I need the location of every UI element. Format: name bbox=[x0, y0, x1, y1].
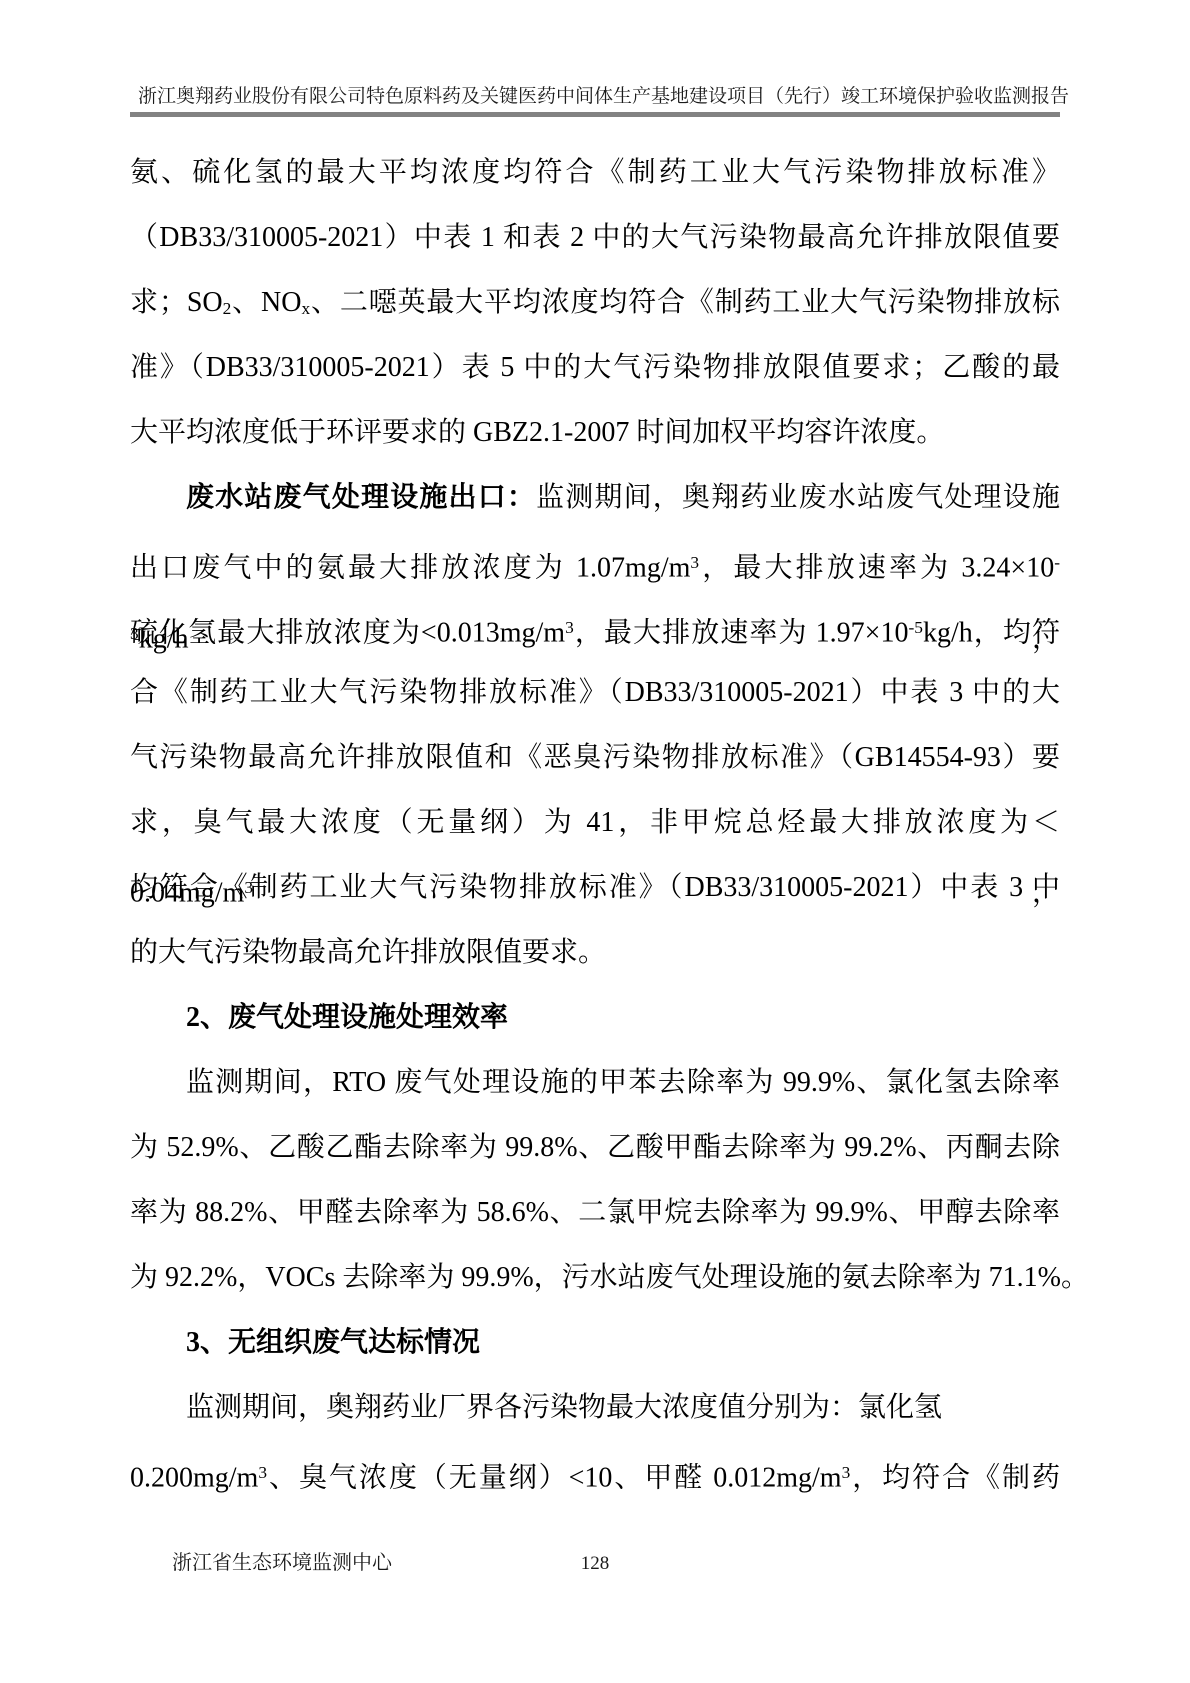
text-segment: 为 92.2%，VOCs 去除率为 99.9%，污水站废气处理设施的氨去除率为 … bbox=[130, 1262, 1089, 1293]
text-segment: 准》（DB33/310005-2021）表 5 中的大气污染物排放限值要求；乙酸… bbox=[130, 352, 1060, 383]
text-line: 的大气污染物最高允许排放限值要求。 bbox=[130, 920, 1060, 985]
text-segment: ，最大排放速率为 1.97×10 bbox=[574, 618, 909, 649]
text-segment: ，最大排放速率为 3.24×10 bbox=[699, 553, 1054, 584]
text-segment: 监测期间，奥翔药业厂界各污染物最大浓度值分别为：氯化氢 bbox=[186, 1392, 942, 1423]
text-line: 气污染物最高允许排放限值和《恶臭污染物排放标准》（GB14554-93）要 bbox=[130, 725, 1060, 790]
page-header-title: 浙江奥翔药业股份有限公司特色原料药及关键医药中间体生产基地建设项目（先行）竣工环… bbox=[138, 84, 1063, 110]
text-line: 出口废气中的氨最大排放浓度为 1.07mg/m3，最大排放速率为 3.24×10… bbox=[130, 530, 1060, 595]
text-segment: 均符合《制药工业大气污染物排放标准》（DB33/310005-2021）中表 3… bbox=[130, 872, 1060, 903]
text-segment: 硫化氢最大排放浓度为<0.013mg/m bbox=[130, 618, 565, 649]
text-segment: 为 52.9%、乙酸乙酯去除率为 99.8%、乙酸甲酯去除率为 99.2%、丙酮… bbox=[130, 1132, 1060, 1163]
text-segment-sup: 3 bbox=[690, 553, 699, 572]
page-number: 128 bbox=[0, 1550, 1190, 1578]
text-segment: 的大气污染物最高允许排放限值要求。 bbox=[130, 937, 606, 968]
text-segment: 监测期间，奥翔药业废水站废气处理设施 bbox=[536, 482, 1060, 513]
text-segment-sup: 3 bbox=[258, 1463, 267, 1482]
text-segment-bold: 废水站废气处理设施出口： bbox=[186, 482, 536, 513]
text-segment: 气污染物最高允许排放限值和《恶臭污染物排放标准》（GB14554-93）要 bbox=[130, 742, 1060, 773]
text-segment: 大平均浓度低于环评要求的 GBZ2.1-2007 时间加权平均容许浓度。 bbox=[130, 417, 944, 448]
text-line: （DB33/310005-2021）中表 1 和表 2 中的大气污染物最高允许排… bbox=[130, 205, 1060, 270]
header-rule bbox=[130, 112, 1060, 117]
document-body: 氨、硫化氢的最大平均浓度均符合《制药工业大气污染物排放标准》（DB33/3100… bbox=[130, 140, 1060, 1505]
text-line: 为 92.2%，VOCs 去除率为 99.9%，污水站废气处理设施的氨去除率为 … bbox=[130, 1245, 1060, 1310]
text-segment: 求；SO bbox=[130, 287, 223, 318]
section-heading: 2、废气处理设施处理效率 bbox=[130, 985, 1060, 1050]
text-line: 监测期间，奥翔药业厂界各污染物最大浓度值分别为：氯化氢 bbox=[130, 1375, 1060, 1440]
text-segment-bold: 3、无组织废气达标情况 bbox=[186, 1327, 480, 1358]
report-page: 浙江奥翔药业股份有限公司特色原料药及关键医药中间体生产基地建设项目（先行）竣工环… bbox=[0, 0, 1190, 1683]
text-line: 求；SO2、NOx、二噁英最大平均浓度均符合《制药工业大气污染物排放标 bbox=[130, 270, 1060, 335]
text-line: 监测期间，RTO 废气处理设施的甲苯去除率为 99.9%、氯化氢去除率 bbox=[130, 1050, 1060, 1115]
text-line: 大平均浓度低于环评要求的 GBZ2.1-2007 时间加权平均容许浓度。 bbox=[130, 400, 1060, 465]
text-segment-sub: x bbox=[301, 299, 310, 318]
text-line: 0.200mg/m3、臭气浓度（无量纲）<10、甲醛 0.012mg/m3，均符… bbox=[130, 1440, 1060, 1505]
text-segment: 0.200mg/m bbox=[130, 1463, 258, 1494]
text-segment: 出口废气中的氨最大排放浓度为 1.07mg/m bbox=[130, 553, 690, 584]
text-segment: 、NO bbox=[231, 287, 301, 318]
text-segment: （DB33/310005-2021）中表 1 和表 2 中的大气污染物最高允许排… bbox=[130, 222, 1060, 253]
text-line: 均符合《制药工业大气污染物排放标准》（DB33/310005-2021）中表 3… bbox=[130, 855, 1060, 920]
text-segment: kg/h，均符 bbox=[923, 618, 1060, 649]
text-segment: 氨、硫化氢的最大平均浓度均符合《制药工业大气污染物排放标准》 bbox=[130, 157, 1060, 188]
text-segment: 合《制药工业大气污染物排放标准》（DB33/310005-2021）中表 3 中… bbox=[130, 677, 1060, 708]
text-line: 氨、硫化氢的最大平均浓度均符合《制药工业大气污染物排放标准》 bbox=[130, 140, 1060, 205]
text-segment: 率为 88.2%、甲醛去除率为 58.6%、二氯甲烷去除率为 99.9%、甲醇去… bbox=[130, 1197, 1060, 1228]
text-segment-sup: 3 bbox=[842, 1463, 851, 1482]
text-line: 合《制药工业大气污染物排放标准》（DB33/310005-2021）中表 3 中… bbox=[130, 660, 1060, 725]
text-line: 准》（DB33/310005-2021）表 5 中的大气污染物排放限值要求；乙酸… bbox=[130, 335, 1060, 400]
text-line: 硫化氢最大排放浓度为<0.013mg/m3，最大排放速率为 1.97×10-5k… bbox=[130, 595, 1060, 660]
text-line: 废水站废气处理设施出口：监测期间，奥翔药业废水站废气处理设施 bbox=[130, 465, 1060, 530]
text-segment-sup: 3 bbox=[565, 618, 574, 637]
text-line: 为 52.9%、乙酸乙酯去除率为 99.8%、乙酸甲酯去除率为 99.2%、丙酮… bbox=[130, 1115, 1060, 1180]
text-segment-sup: -5 bbox=[908, 618, 922, 637]
section-heading: 3、无组织废气达标情况 bbox=[130, 1310, 1060, 1375]
text-segment: 监测期间，RTO 废气处理设施的甲苯去除率为 99.9%、氯化氢去除率 bbox=[186, 1067, 1060, 1098]
text-line: 率为 88.2%、甲醛去除率为 58.6%、二氯甲烷去除率为 99.9%、甲醇去… bbox=[130, 1180, 1060, 1245]
text-line: 求，臭气最大浓度（无量纲）为 41，非甲烷总烃最大排放浓度为＜0.04mg/m3… bbox=[130, 790, 1060, 855]
text-segment: 、二噁英最大平均浓度均符合《制药工业大气污染物排放标 bbox=[310, 287, 1060, 318]
text-segment: 、臭气浓度（无量纲）<10、甲醛 0.012mg/m bbox=[267, 1463, 842, 1494]
text-segment: ，均符合《制药 bbox=[850, 1463, 1060, 1494]
text-segment-bold: 2、废气处理设施处理效率 bbox=[186, 1002, 508, 1033]
